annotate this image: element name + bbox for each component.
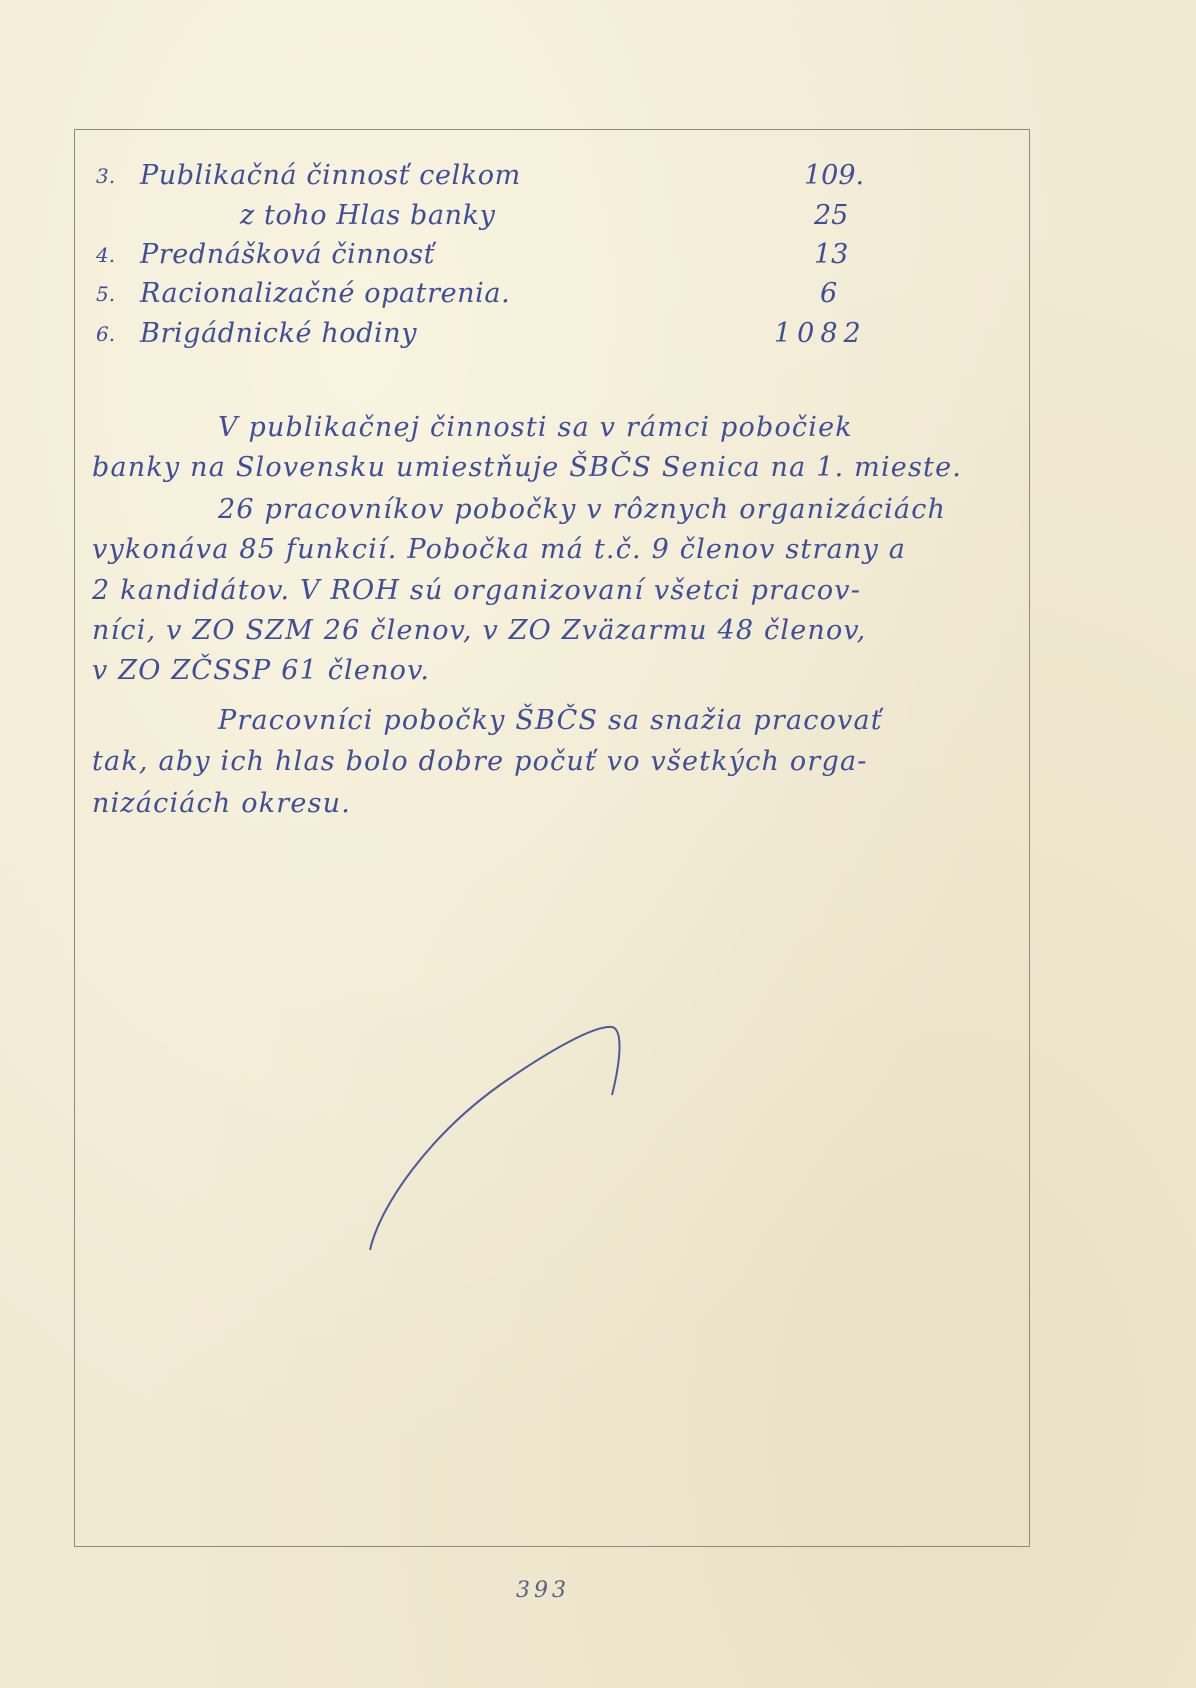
list-item-number: 3. [96, 164, 115, 188]
paragraph-line: v ZO ZČSSP 61 členov. [92, 655, 430, 686]
paragraph-line: níci, v ZO SZM 26 členov, v ZO Zväzarmu … [92, 615, 866, 646]
list-item-number: 4. [96, 243, 115, 267]
paragraph-line: banky na Slovensku umiestňuje ŠBČS Senic… [92, 452, 962, 483]
list-item-number: 6. [96, 322, 115, 346]
list-item-value: 109. [804, 160, 864, 191]
list-item-value: 13 [814, 239, 848, 270]
paragraph-line: 2 kandidátov. V ROH sú organizovaní všet… [92, 575, 861, 606]
paragraph-line: tak, aby ich hlas bolo dobre počuť vo vš… [92, 746, 868, 777]
list-item-label: z toho Hlas banky [240, 200, 495, 231]
paragraph-line: nizáciách okresu. [92, 788, 351, 819]
list-item-value: 25 [814, 200, 848, 231]
page-number: 393 [516, 1578, 570, 1603]
paragraph-line: Pracovníci pobočky ŠBČS sa snažia pracov… [218, 705, 883, 736]
list-item-label: Brigádnické hodiny [140, 318, 417, 349]
list-item-label: Prednášková činnosť [140, 239, 435, 270]
list-item-label: Publikačná činnosť celkom [140, 160, 521, 191]
signature-stroke [360, 1015, 640, 1265]
paragraph-line: vykonáva 85 funkcií. Pobočka má t.č. 9 č… [92, 534, 906, 565]
paragraph-line: 26 pracovníkov pobočky v rôznych organiz… [218, 494, 946, 525]
list-item-number: 5. [96, 282, 115, 306]
list-item-value: 1082 [774, 318, 867, 349]
paragraph-line: V publikačnej činnosti sa v rámci poboči… [218, 412, 853, 443]
list-item-label: Racionalizačné opatrenia. [140, 278, 510, 309]
list-item-value: 6 [820, 278, 837, 309]
